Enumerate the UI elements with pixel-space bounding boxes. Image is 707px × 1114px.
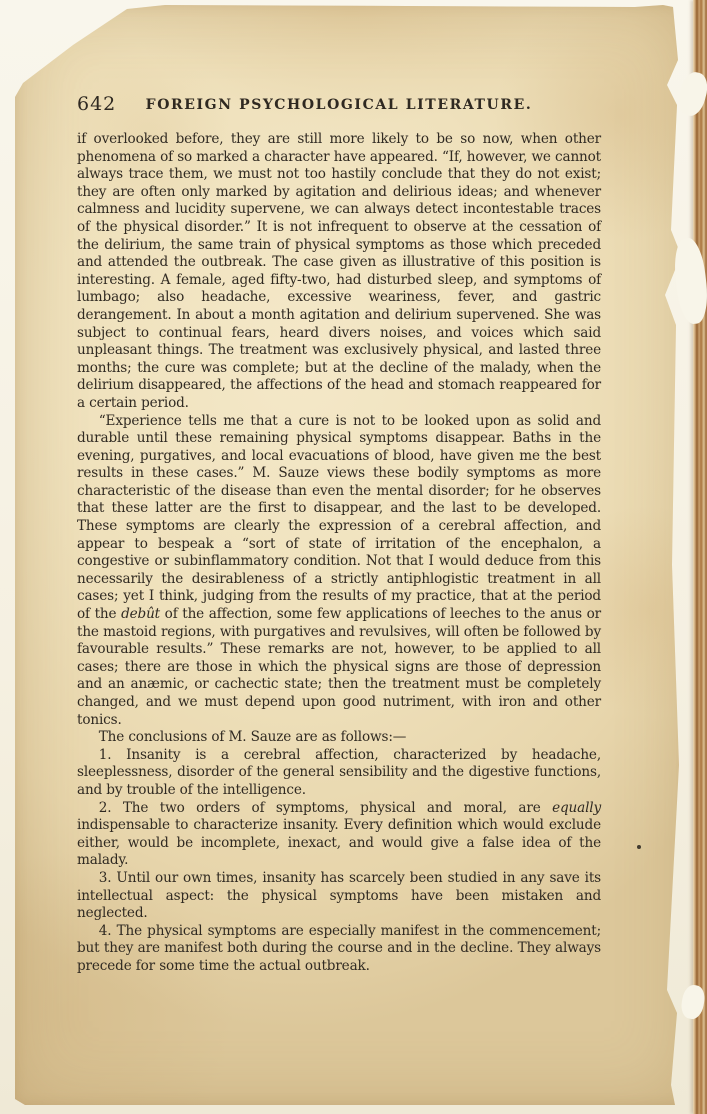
paragraph-conclusions-intro: The conclusions of M. Sauze are as follo…: [77, 729, 601, 747]
conclusion-item-1: 1. Insanity is a cerebral affection, cha…: [77, 747, 601, 800]
italic-word-debut: debût: [121, 606, 160, 622]
scan-background: 642 FOREIGN PSYCHOLOGICAL LITERATURE. if…: [0, 0, 707, 1114]
conclusion-item-4: 4. The physical symptoms are especially …: [77, 923, 601, 976]
paragraph-continuation: if overlooked before, they are still mor…: [77, 131, 601, 413]
running-header: FOREIGN PSYCHOLOGICAL LITERATURE.: [77, 97, 601, 113]
paragraph-experience-text-cont: of the affection, some few applications …: [77, 606, 601, 728]
conclusion-item-3: 3. Until our own times, insanity has sca…: [77, 870, 601, 923]
paragraph-experience-text: “Experience tells me that a cure is not …: [77, 413, 601, 623]
italic-word-equally: equally: [552, 800, 601, 816]
text-column: if overlooked before, they are still mor…: [77, 131, 601, 976]
book-page: 642 FOREIGN PSYCHOLOGICAL LITERATURE. if…: [15, 5, 688, 1105]
ink-speck: [637, 845, 641, 849]
conclusion-item-2-text-cont: indispensable to characterize insanity. …: [77, 817, 601, 868]
binding-edge-strip: [693, 0, 707, 1114]
conclusion-item-2-text: 2. The two orders of symptoms, physical …: [99, 800, 552, 816]
conclusion-item-2: 2. The two orders of symptoms, physical …: [77, 800, 601, 870]
paragraph-experience: “Experience tells me that a cure is not …: [77, 413, 601, 730]
